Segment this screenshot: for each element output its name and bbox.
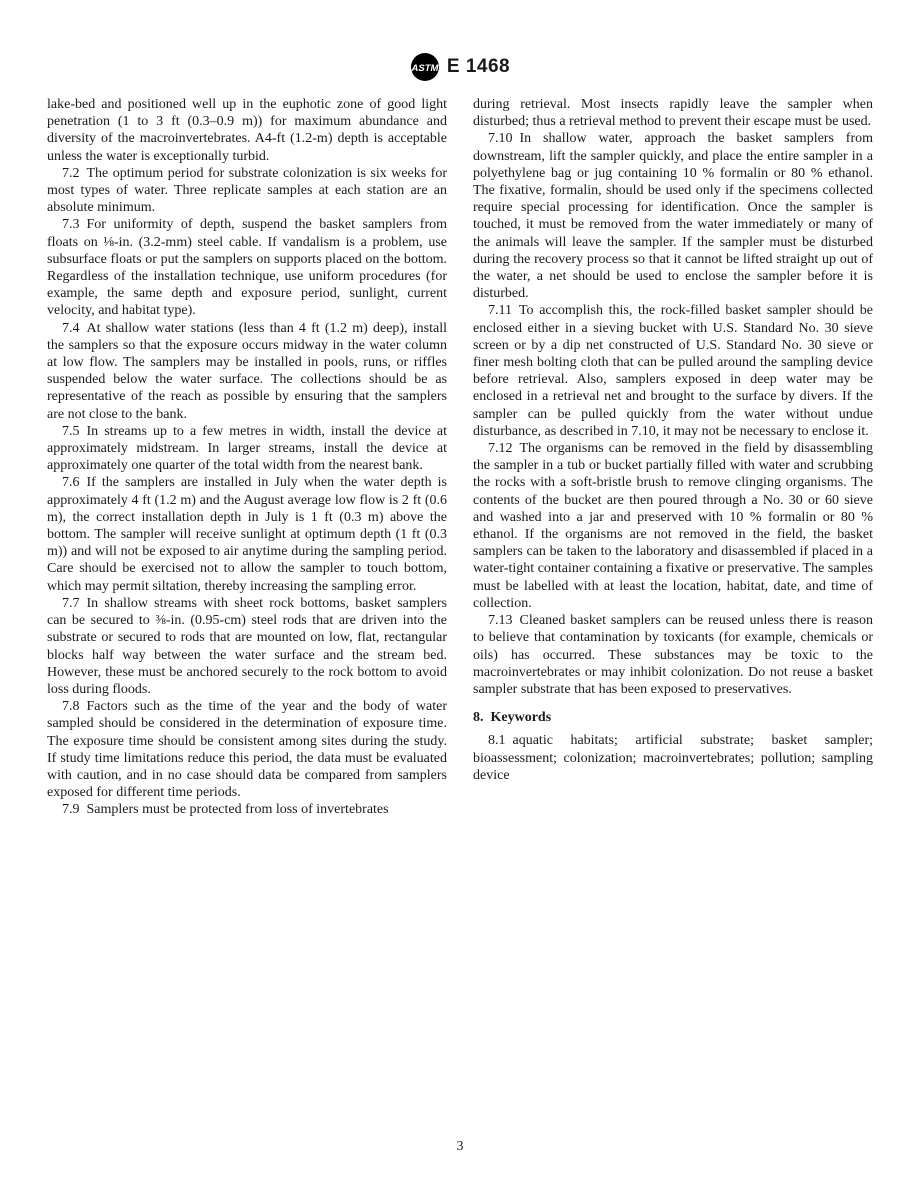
document-page: ASTM E 1468 lake-bed and positioned well… [0,0,920,1191]
paragraph-7-9: 7.9 Samplers must be protected from loss… [47,801,447,818]
paragraph-7-12: 7.12 The organisms can be removed in the… [473,440,873,612]
right-column: during retrieval. Most insects rapidly l… [473,96,873,819]
paragraph-7-13: 7.13 Cleaned basket samplers can be reus… [473,612,873,698]
paragraph-7-4: 7.4 At shallow water stations (less than… [47,320,447,423]
paragraph-7-6: 7.6 If the samplers are installed in Jul… [47,474,447,594]
keywords-section-heading: 8. Keywords [473,709,873,726]
paragraph-7-10: 7.10 In shallow water, approach the bask… [473,130,873,302]
paragraph-7-2: 7.2 The optimum period for substrate col… [47,165,447,217]
standard-designation: E 1468 [447,56,510,78]
paragraph-7-9-continuation: during retrieval. Most insects rapidly l… [473,96,873,130]
paragraph-7-11: 7.11 To accomplish this, the rock-filled… [473,302,873,440]
paragraph-7-7: 7.7 In shallow streams with sheet rock b… [47,595,447,698]
paragraph-8-1-keywords: 8.1 aquatic habitats; artificial substra… [473,732,873,784]
paragraph-7-8: 7.8 Factors such as the time of the year… [47,698,447,801]
paragraph-7-3: 7.3 For uniformity of depth, suspend the… [47,216,447,319]
svg-text:ASTM: ASTM [410,63,439,74]
paragraph-7-5: 7.5 In streams up to a few metres in wid… [47,423,447,475]
page-footer: 3 [0,1139,920,1155]
page-header: ASTM E 1468 [47,50,873,84]
document-body: lake-bed and positioned well up in the e… [47,96,873,819]
left-column: lake-bed and positioned well up in the e… [47,96,447,819]
astm-logo-icon: ASTM [410,52,440,82]
paragraph-continuation: lake-bed and positioned well up in the e… [47,96,447,165]
page-number: 3 [457,1139,464,1154]
